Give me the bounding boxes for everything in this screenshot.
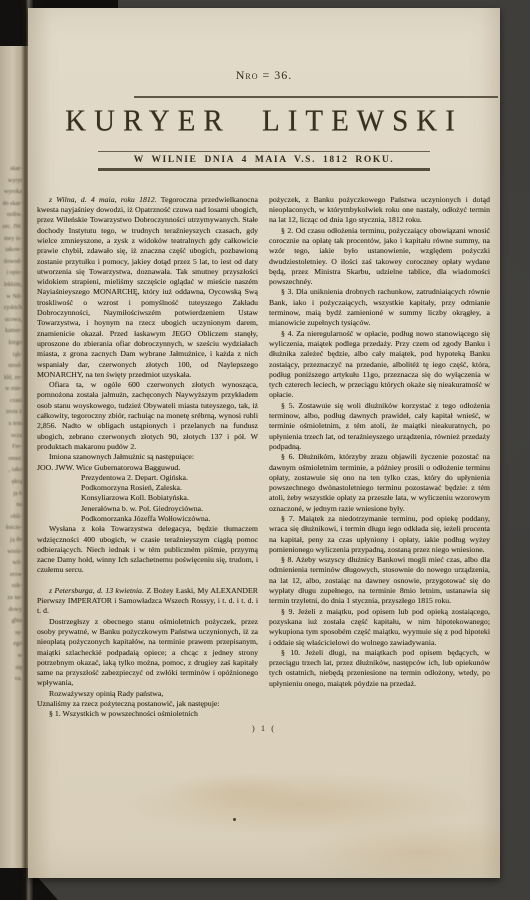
list-item: na <box>0 500 22 512</box>
paragraph: Rozważywszy opinią Rady państwa, <box>37 689 258 699</box>
list-item: w Nił- <box>0 292 22 304</box>
paragraph: § 10. Jeżeli długi, na maiątkach pod opi… <box>269 648 490 689</box>
list-item: ją do <box>0 535 22 547</box>
right-column: pożyczek, z Banku pożyczkowego Państwa u… <box>269 195 490 720</box>
newspaper-page: Nro = 36. KURYER LITEWSKI W WILNIE DNIA … <box>28 8 500 878</box>
paragraph: § 3. Dla uniknienia drobnych rachunkow, … <box>269 287 490 328</box>
list-item: ghta <box>0 616 22 628</box>
list-item: takow- <box>0 245 22 257</box>
paragraph: Wysłana z koła Towarzystwa delegacya, bę… <box>37 524 258 575</box>
list-item: ucowa, <box>0 315 22 327</box>
list-item: w mie- <box>0 384 22 396</box>
list-item: się <box>0 663 22 675</box>
list-item: ękrą <box>0 477 22 489</box>
newspaper-title: KURYER LITEWSKI <box>28 103 500 138</box>
dateline-rule-bottom <box>98 168 430 171</box>
paragraph: § 1. Wszystkich w powszechności ośmiolet… <box>37 709 258 719</box>
paragraph: § 8. Ażeby wszyscy dłużnicy Bankowi mogl… <box>269 555 490 606</box>
paragraph-text: Tegoroczna przedwielkanocna kwesta nayja… <box>37 195 258 379</box>
paragraph: § 7. Maiątek za niedotrzymanie terminu, … <box>269 514 490 555</box>
list-item: ocza <box>0 431 22 443</box>
list-item: obli- <box>0 512 22 524</box>
paragraph: § 4. Za nieregularność w opłacie, podług… <box>269 329 490 401</box>
paragraph: § 5. Zostawuie się woli dłużników korzys… <box>269 401 490 452</box>
dateline-block: W WILNIE DNIA 4 MAIA V.S. 1812 ROKU. <box>98 151 430 171</box>
list-item: lekkim, <box>0 280 22 292</box>
list-item: kamer- <box>0 326 22 338</box>
list-item: Podkomorzanka Józeffa Wołłowiczówna. <box>37 514 258 524</box>
paragraph: § 9. Jeżeli z maiątku, pod opisem lub po… <box>269 607 490 648</box>
list-item: wieśi- <box>0 547 22 559</box>
masthead-rule <box>134 96 498 98</box>
list-item: ego <box>0 639 22 651</box>
list-item: oa. <box>0 674 22 686</box>
list-item: do skar- <box>0 199 22 211</box>
list-item: omer. <box>0 454 22 466</box>
left-column: z Wilna, d. 4 maia, roku 1812. Tegoroczn… <box>37 195 258 720</box>
list-item: łoście- <box>0 523 22 535</box>
paragraph: z Petersburga, d. 13 kwietnia. Z Bożey Ł… <box>37 586 258 617</box>
list-item: zyskich <box>0 303 22 315</box>
list-item: iąk- <box>0 350 22 362</box>
list-item: erow <box>0 570 22 582</box>
list-item: dowy <box>0 605 22 617</box>
list-item: zec. JW. <box>0 222 22 234</box>
dateline-lead: z Wilna, d. 4 maia, roku 1812. <box>49 195 157 204</box>
paragraph: Ofiara ta, w ogóle 600 czerwonych złotyc… <box>37 380 258 452</box>
list-item: Prezydentowa 2. Depart. Ogińska. <box>37 473 258 483</box>
list-item: w <box>0 651 22 663</box>
paragraph: Uznaliśmy za rzecz pożyteczną postanowić… <box>37 699 258 709</box>
signature-mark: ) 1 ( <box>28 723 500 733</box>
paragraph: Imiona szanownych Jałmużnic są następuią… <box>37 452 258 462</box>
list-item: mey is- <box>0 234 22 246</box>
list-item: ordiw. <box>0 210 22 222</box>
list-item: Fer- <box>0 442 22 454</box>
list-item: khl, ze- <box>0 373 22 385</box>
list-item: dowod- <box>0 257 22 269</box>
text-columns: z Wilna, d. 4 maia, roku 1812. Tegoroczn… <box>37 195 491 720</box>
list-item: niosł- <box>0 361 22 373</box>
list-item: wyryt <box>0 176 22 188</box>
list-item: Jenerałówna b. w. Pol. Giedroyciówna. <box>37 504 258 514</box>
issue-number: Nro = 36. <box>28 68 500 83</box>
paragraph: § 6. Dłużnikóm, którzyby zrazu objawili … <box>269 452 490 514</box>
ink-speck <box>233 818 236 821</box>
list-item: JOO. JWW. Wice Gubernatorowa Bagguwud. <box>37 463 258 473</box>
list-item: i opie- <box>0 268 22 280</box>
list-item: Podkomorzyna Rosień, Zaleska. <box>37 483 258 493</box>
list-item: Konsyliarzowa Koll. Bobiatyńska. <box>37 493 258 503</box>
list-item: , iako <box>0 465 22 477</box>
list-item: za na- <box>0 593 22 605</box>
list-item: ja 6 <box>0 489 22 501</box>
paragraph: z Wilna, d. 4 maia, roku 1812. Tegoroczn… <box>37 195 258 380</box>
dateline: W WILNIE DNIA 4 MAIA V.S. 1812 ROKU. <box>98 152 430 168</box>
list-item: skar- <box>0 164 22 176</box>
list-item: wil- <box>0 558 22 570</box>
adjacent-page-text: skar-wyrytwyrokado skar-ordiw.zec. JW.me… <box>0 164 22 686</box>
list-item: u tem <box>0 419 22 431</box>
list-item: zesia ż <box>0 407 22 419</box>
list-item: kiego <box>0 338 22 350</box>
paragraph: § 2. Od czasu odłożenia terminu, pożycza… <box>269 226 490 288</box>
dateline-lead: z Petersburga, d. 13 kwietnia. <box>49 586 144 595</box>
paragraph: Dostrzegłszy z obecnego stanu ośmioletni… <box>37 617 258 689</box>
list-item: wyroka <box>0 187 22 199</box>
list-item: suk- <box>0 581 22 593</box>
list-item: czasi <box>0 396 22 408</box>
paragraph: pożyczek, z Banku pożyczkowego Państwa u… <box>269 195 490 226</box>
almsgivers-list: JOO. JWW. Wice Gubernatorowa Bagguwud.Pr… <box>37 463 258 525</box>
list-item: sę- <box>0 628 22 640</box>
dateline-rule-top <box>98 151 430 152</box>
